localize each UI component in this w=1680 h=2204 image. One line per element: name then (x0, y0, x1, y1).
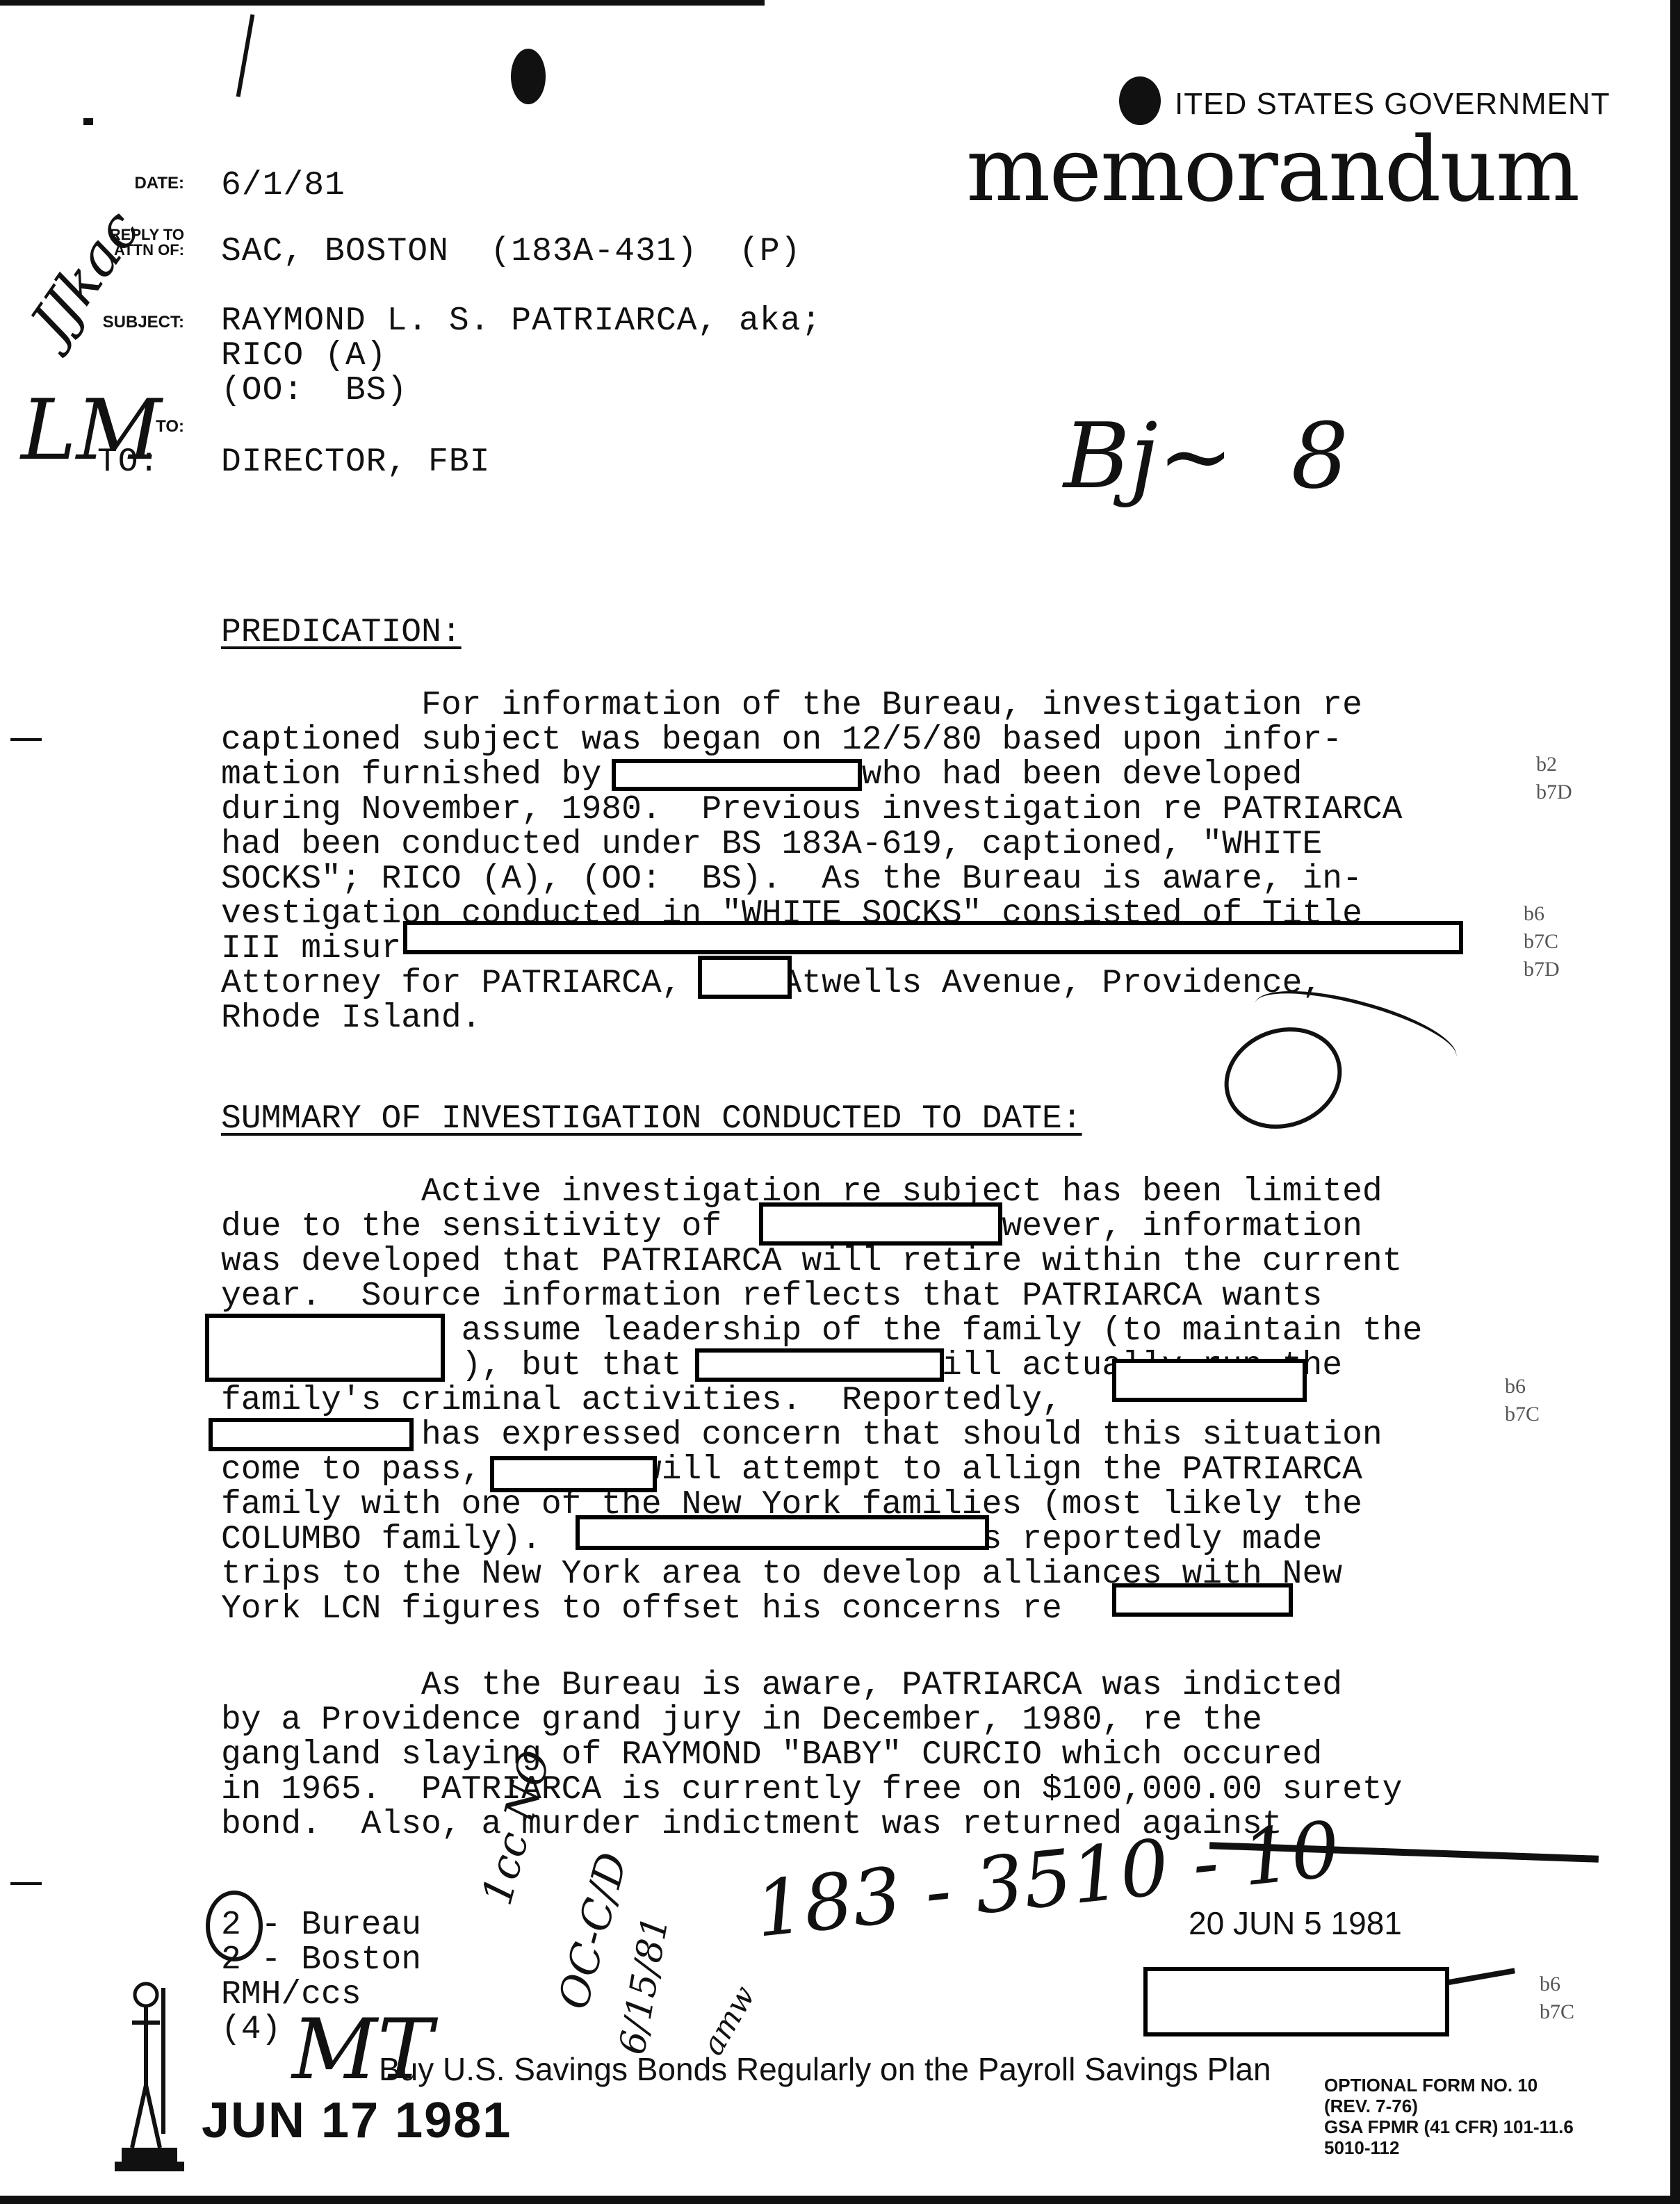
redaction-box (576, 1515, 989, 1550)
redaction-box (205, 1314, 445, 1382)
handwritten-circle (206, 1891, 263, 1961)
scan-blot (511, 49, 546, 104)
exemption-code: b7C (1524, 928, 1560, 956)
redaction-box (759, 1202, 1002, 1246)
exemption-code: b7C (1540, 1998, 1574, 2026)
subject-line-1: RAYMOND L. S. PATRIARCA, aka; (221, 302, 822, 340)
redaction-box (1143, 1967, 1449, 2036)
subject-line-3: (OO: BS) (221, 372, 407, 409)
form-line: GSA FPMR (41 CFR) 101-11.6 (1324, 2116, 1574, 2137)
text-line: had been conducted under BS 183A-619, ca… (221, 827, 1402, 862)
text-line: gangland slaying of RAYMOND "BABY" CURCI… (221, 1738, 1402, 1772)
top-edge-mark (0, 0, 765, 6)
exemption-code: b7D (1524, 956, 1560, 983)
received-date-stamp: JUN 17 1981 (202, 2092, 512, 2149)
text-line: As the Bureau is aware, PATRIARCA was in… (221, 1668, 1402, 1703)
text-line: year. Source information reflects that P… (221, 1279, 1422, 1314)
text-line: SOCKS"; RICO (A), (OO: BS). As the Burea… (221, 862, 1402, 897)
scan-speck (236, 14, 255, 97)
summary-heading: SUMMARY OF INVESTIGATION CONDUCTED TO DA… (221, 1102, 1082, 1136)
handwritten-initials: LM (21, 382, 162, 479)
subject-line-2: RICO (A) (221, 337, 386, 375)
redaction-box (209, 1418, 414, 1451)
redaction-box (1112, 1583, 1293, 1617)
to-value: DIRECTOR, FBI (221, 443, 490, 481)
exemption-code: b7D (1536, 778, 1572, 806)
text-line: in 1965. PATRIARCA is currently free on … (221, 1772, 1402, 1807)
form-line: OPTIONAL FORM NO. 10 (1324, 2075, 1574, 2096)
scan-border-bottom (0, 2196, 1680, 2204)
agency-name: ITED STATES GOVERNMENT (1175, 87, 1610, 122)
exemption-code: b6 (1540, 1970, 1574, 1998)
exemption-codes: b6 b7C (1540, 1970, 1574, 2026)
redaction-box (612, 759, 862, 791)
indexed-date-stamp: 20 JUN 5 1981 (1189, 1904, 1402, 1942)
predication-heading: PREDICATION: (221, 615, 462, 650)
exemption-code: b2 (1536, 751, 1572, 778)
text-line: come to pass, will attempt to allign the… (221, 1453, 1422, 1487)
text-line: during November, 1980. Previous investig… (221, 792, 1402, 827)
scan-speck (83, 118, 93, 125)
margin-mark (10, 738, 42, 741)
text-line: Attorney for PATRIARCA, Atwells Avenue, … (221, 966, 1402, 1001)
handwritten-routing-note: amw (695, 1980, 762, 2062)
redaction-box (695, 1348, 944, 1382)
reply-to-value: SAC, BOSTON (183A-431) (P) (221, 233, 801, 270)
savings-bonds-slogan: Buy U.S. Savings Bonds Regularly on the … (379, 2050, 1271, 2088)
text-line: Rhode Island. (221, 1001, 1402, 1036)
exemption-codes: b2 b7D (1536, 751, 1572, 806)
margin-mark (10, 1882, 42, 1885)
text-line: by a Providence grand jury in December, … (221, 1703, 1402, 1738)
memorandum-page: ITED STATES GOVERNMENT memorandum DATE: … (0, 0, 1680, 2204)
exemption-code: b6 (1524, 900, 1560, 928)
predication-paragraph: For information of the Bureau, investiga… (221, 688, 1402, 1036)
date-label: DATE: (111, 174, 184, 193)
redaction-box (1112, 1359, 1307, 1402)
scan-border-right (1670, 0, 1680, 2204)
exemption-code: b7C (1505, 1401, 1540, 1428)
text-line: was developed that PATRIARCA will retire… (221, 1244, 1422, 1279)
text-line: captioned subject was began on 12/5/80 b… (221, 723, 1402, 758)
exemption-codes: b6 b7C b7D (1524, 900, 1560, 983)
exemption-code: b6 (1505, 1373, 1540, 1401)
form-title: memorandum (966, 125, 1579, 215)
redaction-box (403, 921, 1463, 954)
exemption-codes: b6 b7C (1505, 1373, 1540, 1428)
form-line: (REV. 7-76) (1324, 2096, 1574, 2116)
strike-line (1446, 1968, 1515, 1985)
form-line: 5010-112 (1324, 2137, 1574, 2158)
redaction-box (490, 1456, 657, 1492)
date-value: 6/1/81 (221, 167, 345, 204)
handwritten-routing-note: 6/15/81 (612, 1913, 677, 2058)
form-number-block: OPTIONAL FORM NO. 10 (REV. 7-76) GSA FPM… (1324, 2075, 1574, 2158)
handwritten-mark: Bj~ 8 (1063, 403, 1348, 509)
redaction-box (698, 956, 792, 999)
minuteman-logo-icon (104, 1974, 195, 2182)
text-line: For information of the Bureau, investiga… (221, 688, 1402, 723)
